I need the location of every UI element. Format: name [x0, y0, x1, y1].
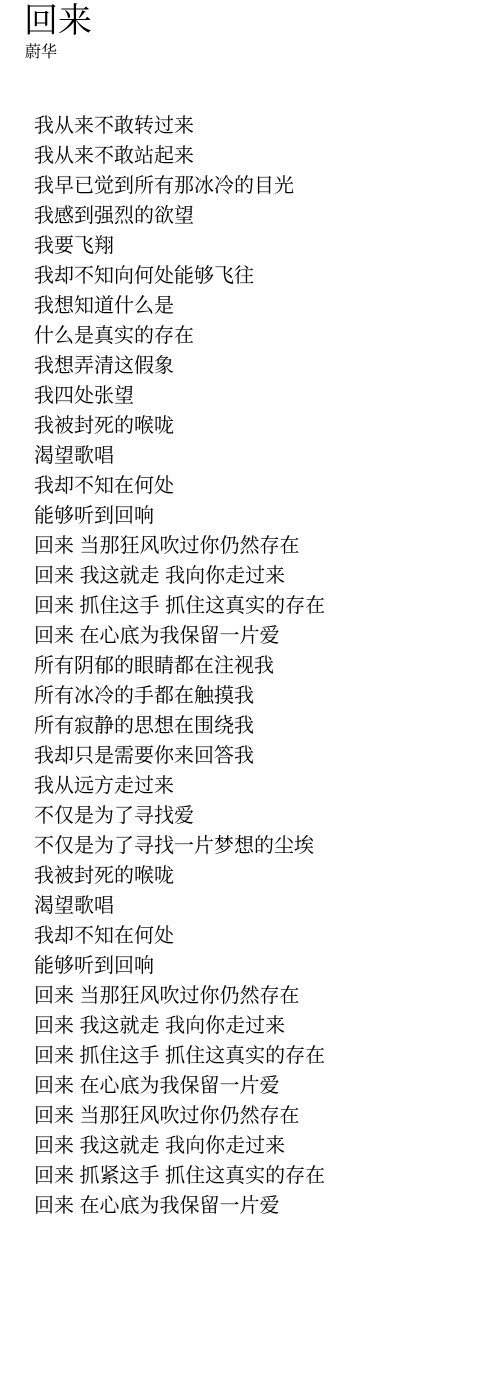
- lyric-line: 我却不知向何处能够飞往: [34, 261, 500, 291]
- lyric-line: 回来 我这就走 我向你走过来: [34, 1131, 500, 1161]
- lyric-line: 什么是真实的存在: [34, 321, 500, 351]
- lyric-line: 回来 在心底为我保留一片爱: [34, 1191, 500, 1221]
- lyrics-block: 我从来不敢转过来我从来不敢站起来我早已觉到所有那冰冷的目光我感到强烈的欲望我要飞…: [0, 111, 500, 1221]
- lyric-line: 渴望歌唱: [34, 891, 500, 921]
- lyric-line: 回来 抓紧这手 抓住这真实的存在: [34, 1161, 500, 1191]
- lyric-line: 能够听到回响: [34, 951, 500, 981]
- lyric-line: 不仅是为了寻找爱: [34, 801, 500, 831]
- lyric-line: 我却不知在何处: [34, 471, 500, 501]
- lyric-line: 回来 在心底为我保留一片爱: [34, 1071, 500, 1101]
- lyric-line: 我感到强烈的欲望: [34, 201, 500, 231]
- lyric-line: 我早已觉到所有那冰冷的目光: [34, 171, 500, 201]
- lyric-line: 能够听到回响: [34, 501, 500, 531]
- lyric-line: 回来 在心底为我保留一片爱: [34, 621, 500, 651]
- lyric-line: 所有寂静的思想在围绕我: [34, 711, 500, 741]
- lyric-line: 我却不知在何处: [34, 921, 500, 951]
- lyric-line: 回来 抓住这手 抓住这真实的存在: [34, 1041, 500, 1071]
- lyric-line: 我却只是需要你来回答我: [34, 741, 500, 771]
- lyric-line: 回来 抓住这手 抓住这真实的存在: [34, 591, 500, 621]
- lyrics-page: 回来 蔚华 我从来不敢转过来我从来不敢站起来我早已觉到所有那冰冷的目光我感到强烈…: [0, 0, 500, 1390]
- lyric-line: 我要飞翔: [34, 231, 500, 261]
- lyric-line: 回来 当那狂风吹过你仍然存在: [34, 981, 500, 1011]
- lyric-line: 我四处张望: [34, 381, 500, 411]
- lyric-line: 我想弄清这假象: [34, 351, 500, 381]
- lyric-line: 我想知道什么是: [34, 291, 500, 321]
- lyric-line: 渴望歌唱: [34, 441, 500, 471]
- lyric-line: 我被封死的喉咙: [34, 411, 500, 441]
- lyric-line: 我从来不敢站起来: [34, 141, 500, 171]
- lyric-line: 回来 当那狂风吹过你仍然存在: [34, 531, 500, 561]
- lyric-line: 所有阴郁的眼睛都在注视我: [34, 651, 500, 681]
- lyric-line: 我从来不敢转过来: [34, 111, 500, 141]
- lyric-line: 回来 当那狂风吹过你仍然存在: [34, 1101, 500, 1131]
- lyric-line: 我被封死的喉咙: [34, 861, 500, 891]
- song-artist: 蔚华: [0, 40, 500, 62]
- lyric-line: 回来 我这就走 我向你走过来: [34, 1011, 500, 1041]
- lyric-line: 不仅是为了寻找一片梦想的尘埃: [34, 831, 500, 861]
- lyric-line: 回来 我这就走 我向你走过来: [34, 561, 500, 591]
- lyric-line: 所有冰冷的手都在触摸我: [34, 681, 500, 711]
- lyric-line: 我从远方走过来: [34, 771, 500, 801]
- song-title: 回来: [0, 0, 500, 40]
